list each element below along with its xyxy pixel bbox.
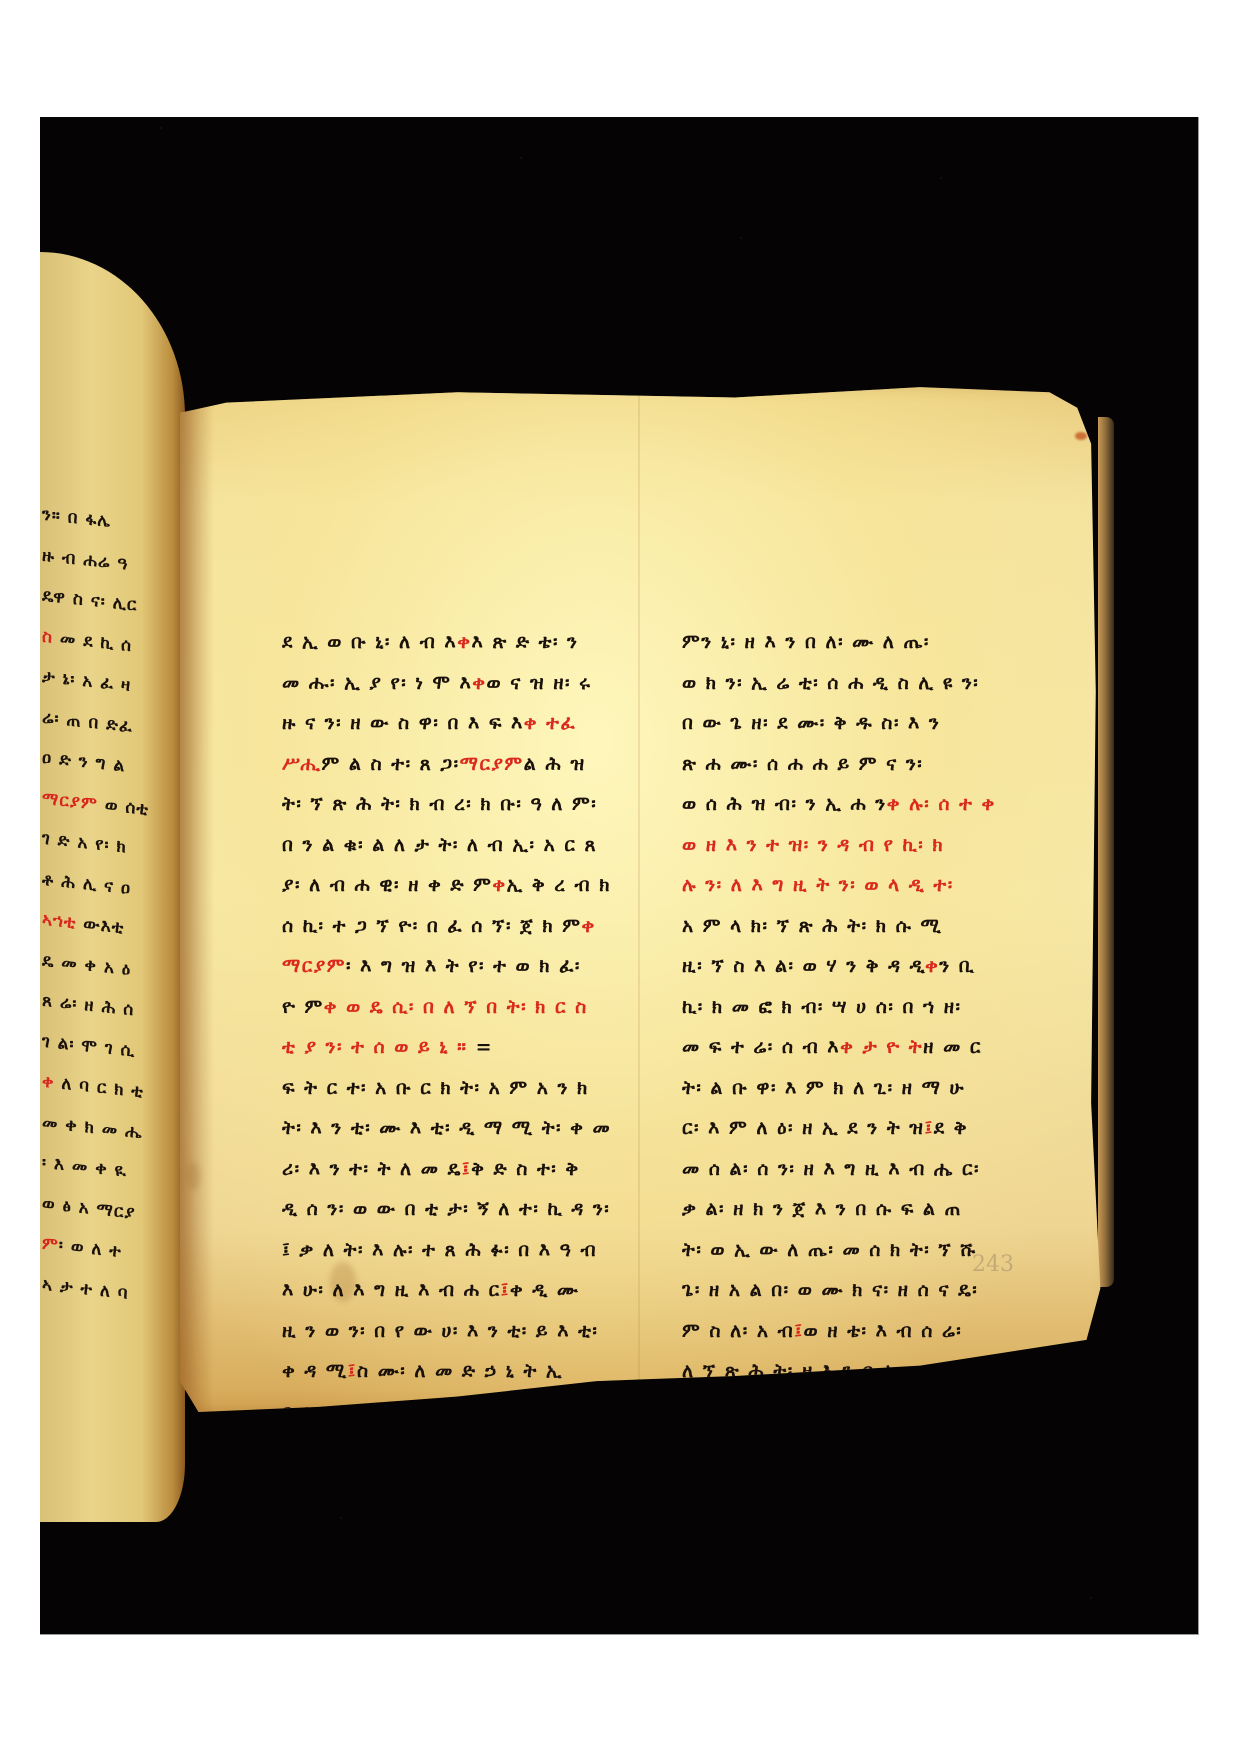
folio-number: 243 [972,1252,1014,1277]
ink-text: ዚ፡ ኘ ስ እ ል፡ ወ ሃ ን ቅ ዳ ዲ [682,955,925,977]
rubric-text: ቀ [42,1072,54,1093]
rubric-text: ማርያም [460,753,524,775]
text-column-right: ምን ኒ፡ ዘ እ ን በ ለ፡ ሙ ለ ጤ፡ወ ክ ን፡ ኢ ሬ ቲ፡ ሰ ሐ… [682,622,1027,1432]
ink-text: ት፡ ኘ ጽ ሕ ት፡ ክ ብ ረ፡ ክ ቡ፡ ዓ ለ ም፡ [282,793,597,815]
ink-text: ያ፡ ለ ብ ሐ ዊ፡ ዘ ቀ ድ ም [282,874,492,896]
ink-text: ም ል ስ ተ፡ ጸ ጋ፡ [321,753,459,775]
ink-text: ዚ ን ወ ን፡ በ የ ው ሀ፡ እ ን ቲ፡ ይ እ ቲ፡ [282,1320,598,1342]
manuscript-line: ምን ኒ፡ ዘ እ ን በ ለ፡ ሙ ለ ጤ፡ [682,622,1027,663]
manuscript-line: ኪ፡ ክ መ ፎ ክ ብ፡ ሣ ሀ ሰ፡ በ ኀ ዘ፡ [682,987,1027,1028]
manuscript-line: ም ስ ለ፡ አ ብ፤ወ ዘ ቴ፡ እ ብ ሰ ሬ፡ [682,1311,1027,1352]
manuscript-line: ደ ኢ ወ ቡ ኒ፡ ለ ብ እቀእ ጽ ድ ቴ፡ ን [282,622,642,663]
ink-text: ዮ ም [282,996,324,1018]
ink-text: ን። በ ፋሌ [42,505,111,532]
manuscript-line: ት፡ ል ቡ ዋ፡ እ ም ክ ለ ጊ፡ ዘ ማ ሁ [682,1068,1027,1109]
manuscript-line: የ ሱ ስ፡ ክ ር ስ ቶ ስ፡ ዘ ተ ሰ ብ እ፡ እ [282,1392,642,1433]
ink-text: የ ሱ ስ፡ ክ ር ስ ቶ ስ፡ ዘ ተ ሰ ብ እ፡ እ [282,1401,590,1423]
rubric-text: ቀ ተፈ [524,712,576,734]
rubric-text: ፤ [836,1401,845,1423]
manuscript-line: ዮ ምቀ ወ ዴ ሲ፡ በ ለ ኘ በ ት፡ ክ ር ስ [282,987,642,1028]
manuscript-line: ፍ ት ር ተ፡ አ ቡ ር ክ ት፡ አ ም አ ን ክ [282,1068,642,1109]
rubric-text: ቲ ያ ን፡ ተ ሰ ወ ይ ኒ ። [282,1036,467,1058]
ink-text: ፤ ቃ ለ ት፡ እ ሉ፡ ተ ጸ ሕ ፉ፡ በ እ ዓ ብ [282,1239,597,1261]
ink-text: ኪ፡ ክ መ ፎ ክ ብ፡ ሣ ሀ ሰ፡ በ ኀ ዘ፡ [682,996,962,1018]
rubric-text: ቀ ወ ዴ ሲ፡ በ ለ ኘ በ ት፡ ክ ር ስ [324,996,588,1018]
ink-text: ቅ ድ ስ ተ፡ ቅ [471,1158,580,1180]
ink-text: ጽ ሐ ሙ፡ ሰ ሐ ሐ ይ ም ና ን፡ [682,753,923,775]
rubric-text: ፤ [501,1279,510,1301]
right-page-recto: ደ ኢ ወ ቡ ኒ፡ ለ ብ እቀእ ጽ ድ ቴ፡ ንመ ሑ፡ ኢ ያ የ፡ ነ… [180,382,1105,1412]
manuscript-line: ያ፡ ለ ብ ሐ ዊ፡ ዘ ቀ ድ ምቀኢ ቅ ረ ብ ክ [282,865,642,906]
rubric-text: ቀ [457,631,471,653]
manuscript-line: ማርያም፡ እ ግ ዝ እ ት የ፡ ተ ወ ክ ፈ፡ [282,946,642,987]
ink-text: ቃ ል፡ ዘ ክ ን ጀ እ ን በ ሱ ፍ ል ጠ [682,1198,962,1220]
ink-text: እ ጽ ድ ቴ፡ ን [471,631,578,653]
ink-text: አ ም ላ ክ፡ ኘ ጽ ሕ ት፡ ክ ሱ ሚ [682,915,942,937]
ink-text: ት፡ ል ቡ ዋ፡ እ ም ክ ለ ጊ፡ ዘ ማ ሁ [682,1077,965,1099]
ink-text: ውእቲ [76,913,124,938]
manuscript-line: ሥሒም ል ስ ተ፡ ጸ ጋ፡ማርያምል ሕ ዝ [282,744,642,785]
gutter-shadow [180,382,214,1412]
manuscript-line: መ ሰ ል፡ ሰ ን፡ ዘ እ ግ ዚ እ ብ ሔ ር፡ [682,1149,1027,1190]
ink-text: ሰ ኪ፡ ተ ጋ ኘ ዮ፡ በ ፈ ሰ ኘ፡ ጀ ክ ም [282,915,582,937]
ink-text: መ ፍ ተ ሬ፡ ሰ ብ እ [682,1036,840,1058]
ink-text: ት፡ ወ ኢ ው ለ ጤ፡ መ ሰ ክ ት፡ ኘ ሹ [682,1239,977,1261]
red-stain [1075,432,1087,440]
manuscript-line: መ ሑ፡ ኢ ያ የ፡ ነ ሞ እቀወ ና ዝ ዘ፡ ሩ [282,663,642,704]
manuscript-line: ወ ክ ን፡ ኢ ሬ ቲ፡ ሰ ሐ ዲ ስ ሊ ዩ ን፡ [682,663,1027,704]
ink-text: ን ቢ [939,955,975,977]
manuscript-line: በ ው ጌ ዘ፡ ደ ሙ፡ ቅ ዱ ስ፡ እ ን [682,703,1027,744]
ink-text: እ ሁ፡ ለ እ ግ ዚ እ ብ ሐ ር [282,1279,501,1301]
manuscript-line: ሉ ን፡ ለ እ ግ ዚ ት ን፡ ወ ላ ዲ ተ፡ [682,865,1027,906]
ink-text: ኢ ቅ ረ ብ ክ [507,874,611,896]
rubric-text: ወ ዘ እ ን ተ ዝ፡ ን ዳ ብ የ ኪ፡ ክ [682,834,944,856]
ink-text: በ ን ል ቁ፡ ል ለ ታ ት፡ ለ ብ ኢ፡ አ ር ጸ [282,834,597,856]
left-page-verso: ን። በ ፋሌዙ ብ ሐሬ ዓዴዋ ስ ና፡ ሊርስ መ ደ ኪ ሰታ ኔ፡ አ… [40,252,185,1522]
ink-text: ሪ፡ እ ን ተ፡ ት ለ መ ዴ [282,1158,462,1180]
ink-text: ደ ቅ [934,1117,968,1139]
ink-text: ት፡ እ ን ቲ፡ ሙ እ ቲ፡ ዲ ማ ሚ ት፡ ቀ መ [282,1117,611,1139]
manuscript-photograph: ን። በ ፋሌዙ ብ ሐሬ ዓዴዋ ስ ና፡ ሊርስ መ ደ ኪ ሰታ ኔ፡ አ… [40,117,1199,1635]
manuscript-line: ር፡ እ ም ለ ዕ፡ ዘ ኢ ደ ን ት ዝ፤ደ ቅ [682,1108,1027,1149]
manuscript-line: መ ፍ ተ ሬ፡ ሰ ብ እቀ ታ ዮ ትዘ መ ር [682,1027,1027,1068]
ink-text: ል ሕ ዝ [524,753,586,775]
rubric-text: ስ [42,626,53,647]
ink-text: = [467,1036,493,1058]
rubric-text: ሉ ን፡ ለ እ ግ ዚ ት ን፡ ወ ላ ዲ ተ፡ [682,874,954,896]
ink-text: ዙ ና ን፡ ዘ ው ስ ዋ፡ በ እ ፍ እ [282,712,524,734]
rubric-text: ቀ [582,915,596,937]
ink-text: ወ ና ዝ ዘ፡ ሩ [487,672,592,694]
ink-text: ም ስ ለ፡ አ ብ [682,1320,794,1342]
rubric-text: ቀ [925,955,939,977]
ink-text: ቀ ዳ ሚ [282,1360,348,1382]
rubric-text: ሥሒ [282,753,321,775]
rubric-text: ቀ [492,874,506,896]
page-block-edge [1098,417,1114,1287]
ink-text: መ ሑ፡ ኢ ያ የ፡ ነ ሞ እ [282,672,472,694]
ink-text: ዘ መ ር [923,1036,982,1058]
manuscript-line: ት፡ እ ን ቲ፡ ሙ እ ቲ፡ ዲ ማ ሚ ት፡ ቀ መ [282,1108,642,1149]
ink-text: ወ ዘ ቴ፡ እ ብ ሰ ሬ፡ [804,1320,963,1342]
ink-text: ቀ ዲ ሙ [510,1279,580,1301]
ink-text: ለ ኘ ጽ ሕ ት፡ ዘ እ ን በ ለ፡ ዘ ር እ፡ ክ [682,1360,988,1382]
ink-text: ስ ሙ፡ ለ መ ድ ኃ ኒ ት ኢ [357,1360,563,1382]
ink-text: መ ሰ ል፡ ሰ ን፡ ዘ እ ግ ዚ እ ብ ሔ ር፡ [682,1158,980,1180]
manuscript-line: ቀ ዳ ሚ፤ስ ሙ፡ ለ መ ድ ኃ ኒ ት ኢ [282,1351,642,1392]
manuscript-line: አ ም ላ ክ፡ ኘ ጽ ሕ ት፡ ክ ሱ ሚ [682,906,1027,947]
manuscript-line: ለ ኘ ጽ ሕ ት፡ ዘ እ ን በ ለ፡ ዘ ር እ፡ ክ [682,1351,1027,1392]
rubric-text: ቀ ሉ፡ ሰ ተ ቀ [887,793,996,815]
manuscript-line: ፤ ቃ ለ ት፡ እ ሉ፡ ተ ጸ ሕ ፉ፡ በ እ ዓ ብ [282,1230,642,1271]
ink-text: ፡ እ ግ ዝ እ ት የ፡ ተ ወ ክ ፈ፡ [346,955,581,977]
manuscript-line: እ ሁ፡ ለ እ ግ ዚ እ ብ ሐ ር፤ቀ ዲ ሙ [282,1270,642,1311]
manuscript-line: ሪ፡ እ ን ተ፡ ት ለ መ ዴ፤ቅ ድ ስ ተ፡ ቅ [282,1149,642,1190]
rubric-text: ቀ [472,672,486,694]
manuscript-line: ወ ሰ ሕ ዝ ብ፡ ን ኢ ሐ ንቀ ሉ፡ ሰ ተ ቀ [682,784,1027,825]
rubric-text: ፤ [794,1320,803,1342]
manuscript-line: ወ ዘ እ ን ተ ዝ፡ ን ዳ ብ የ ኪ፡ ክ [682,825,1027,866]
text-column-left: ደ ኢ ወ ቡ ኒ፡ ለ ብ እቀእ ጽ ድ ቴ፡ ንመ ሑ፡ ኢ ያ የ፡ ነ… [282,622,642,1432]
ink-text: ሣ በ ሙ፡ ዘ ቶ ስ [846,1401,982,1423]
rubric-text: ም [42,1234,59,1256]
manuscript-line: ት፡ ኘ ጽ ሕ ት፡ ክ ብ ረ፡ ክ ቡ፡ ዓ ለ ም፡ [282,784,642,825]
ink-text: በ ው ጌ ዘ፡ ደ ሙ፡ ቅ ዱ ስ፡ እ ን [682,712,940,734]
manuscript-line: ን፡ ክ ማ ን፡ ዘ ኪ ና፤ሣ በ ሙ፡ ዘ ቶ ስ [682,1392,1027,1433]
rubric-text: ኣኀቲ [42,910,76,934]
manuscript-line: ዚ ን ወ ን፡ በ የ ው ሀ፡ እ ን ቲ፡ ይ እ ቲ፡ [282,1311,642,1352]
ink-text: ፍ ት ር ተ፡ አ ቡ ር ክ ት፡ አ ም አ ን ክ [282,1077,589,1099]
rubric-text: ማርያም [282,955,346,977]
manuscript-line: ቲ ያ ን፡ ተ ሰ ወ ይ ኒ ። = [282,1027,642,1068]
rubric-text: ቀ ታ ዮ ት [840,1036,923,1058]
rubric-text: ፤ [924,1117,933,1139]
manuscript-line: ሰ ኪ፡ ተ ጋ ኘ ዮ፡ በ ፈ ሰ ኘ፡ ጀ ክ ምቀ [282,906,642,947]
ink-text: ደ ኢ ወ ቡ ኒ፡ ለ ብ እ [282,631,457,653]
manuscript-line: ዚ፡ ኘ ስ እ ል፡ ወ ሃ ን ቅ ዳ ዲቀን ቢ [682,946,1027,987]
left-page-text: ን። በ ፋሌዙ ብ ሐሬ ዓዴዋ ስ ና፡ ሊርስ መ ደ ኪ ሰታ ኔ፡ አ… [42,512,182,1322]
ink-text: ዲ ሰ ን፡ ወ ው በ ቲ ታ፡ ኝ ለ ተ፡ ኪ ዳ ን፡ [282,1198,610,1220]
manuscript-line: ዲ ሰ ን፡ ወ ው በ ቲ ታ፡ ኝ ለ ተ፡ ኪ ዳ ን፡ [282,1189,642,1230]
manuscript-line: ጽ ሐ ሙ፡ ሰ ሐ ሐ ይ ም ና ን፡ [682,744,1027,785]
manuscript-line: በ ን ል ቁ፡ ል ለ ታ ት፡ ለ ብ ኢ፡ አ ር ጸ [282,825,642,866]
ink-text: ወ ሰ ሕ ዝ ብ፡ ን ኢ ሐ ን [682,793,887,815]
ink-text: ምን ኒ፡ ዘ እ ን በ ለ፡ ሙ ለ ጤ፡ [682,631,930,653]
edge-stain [186,1162,200,1190]
ink-text: ር፡ እ ም ለ ዕ፡ ዘ ኢ ደ ን ት ዝ [682,1117,924,1139]
manuscript-line: ቃ ል፡ ዘ ክ ን ጀ እ ን በ ሱ ፍ ል ጠ [682,1189,1027,1230]
rubric-text: ፤ [348,1360,357,1382]
ink-text: ን፡ ክ ማ ን፡ ዘ ኪ ና [682,1401,836,1423]
ink-text: ጌ፡ ዘ አ ል በ፡ ወ ሙ ክ ና፡ ዘ ሰ ና ዴ፡ [682,1279,978,1301]
manuscript-line: ዙ ና ን፡ ዘ ው ስ ዋ፡ በ እ ፍ እቀ ተፈ [282,703,642,744]
ink-text: ወ ክ ን፡ ኢ ሬ ቲ፡ ሰ ሐ ዲ ስ ሊ ዩ ን፡ [682,672,979,694]
rubric-text: ፤ [462,1158,471,1180]
